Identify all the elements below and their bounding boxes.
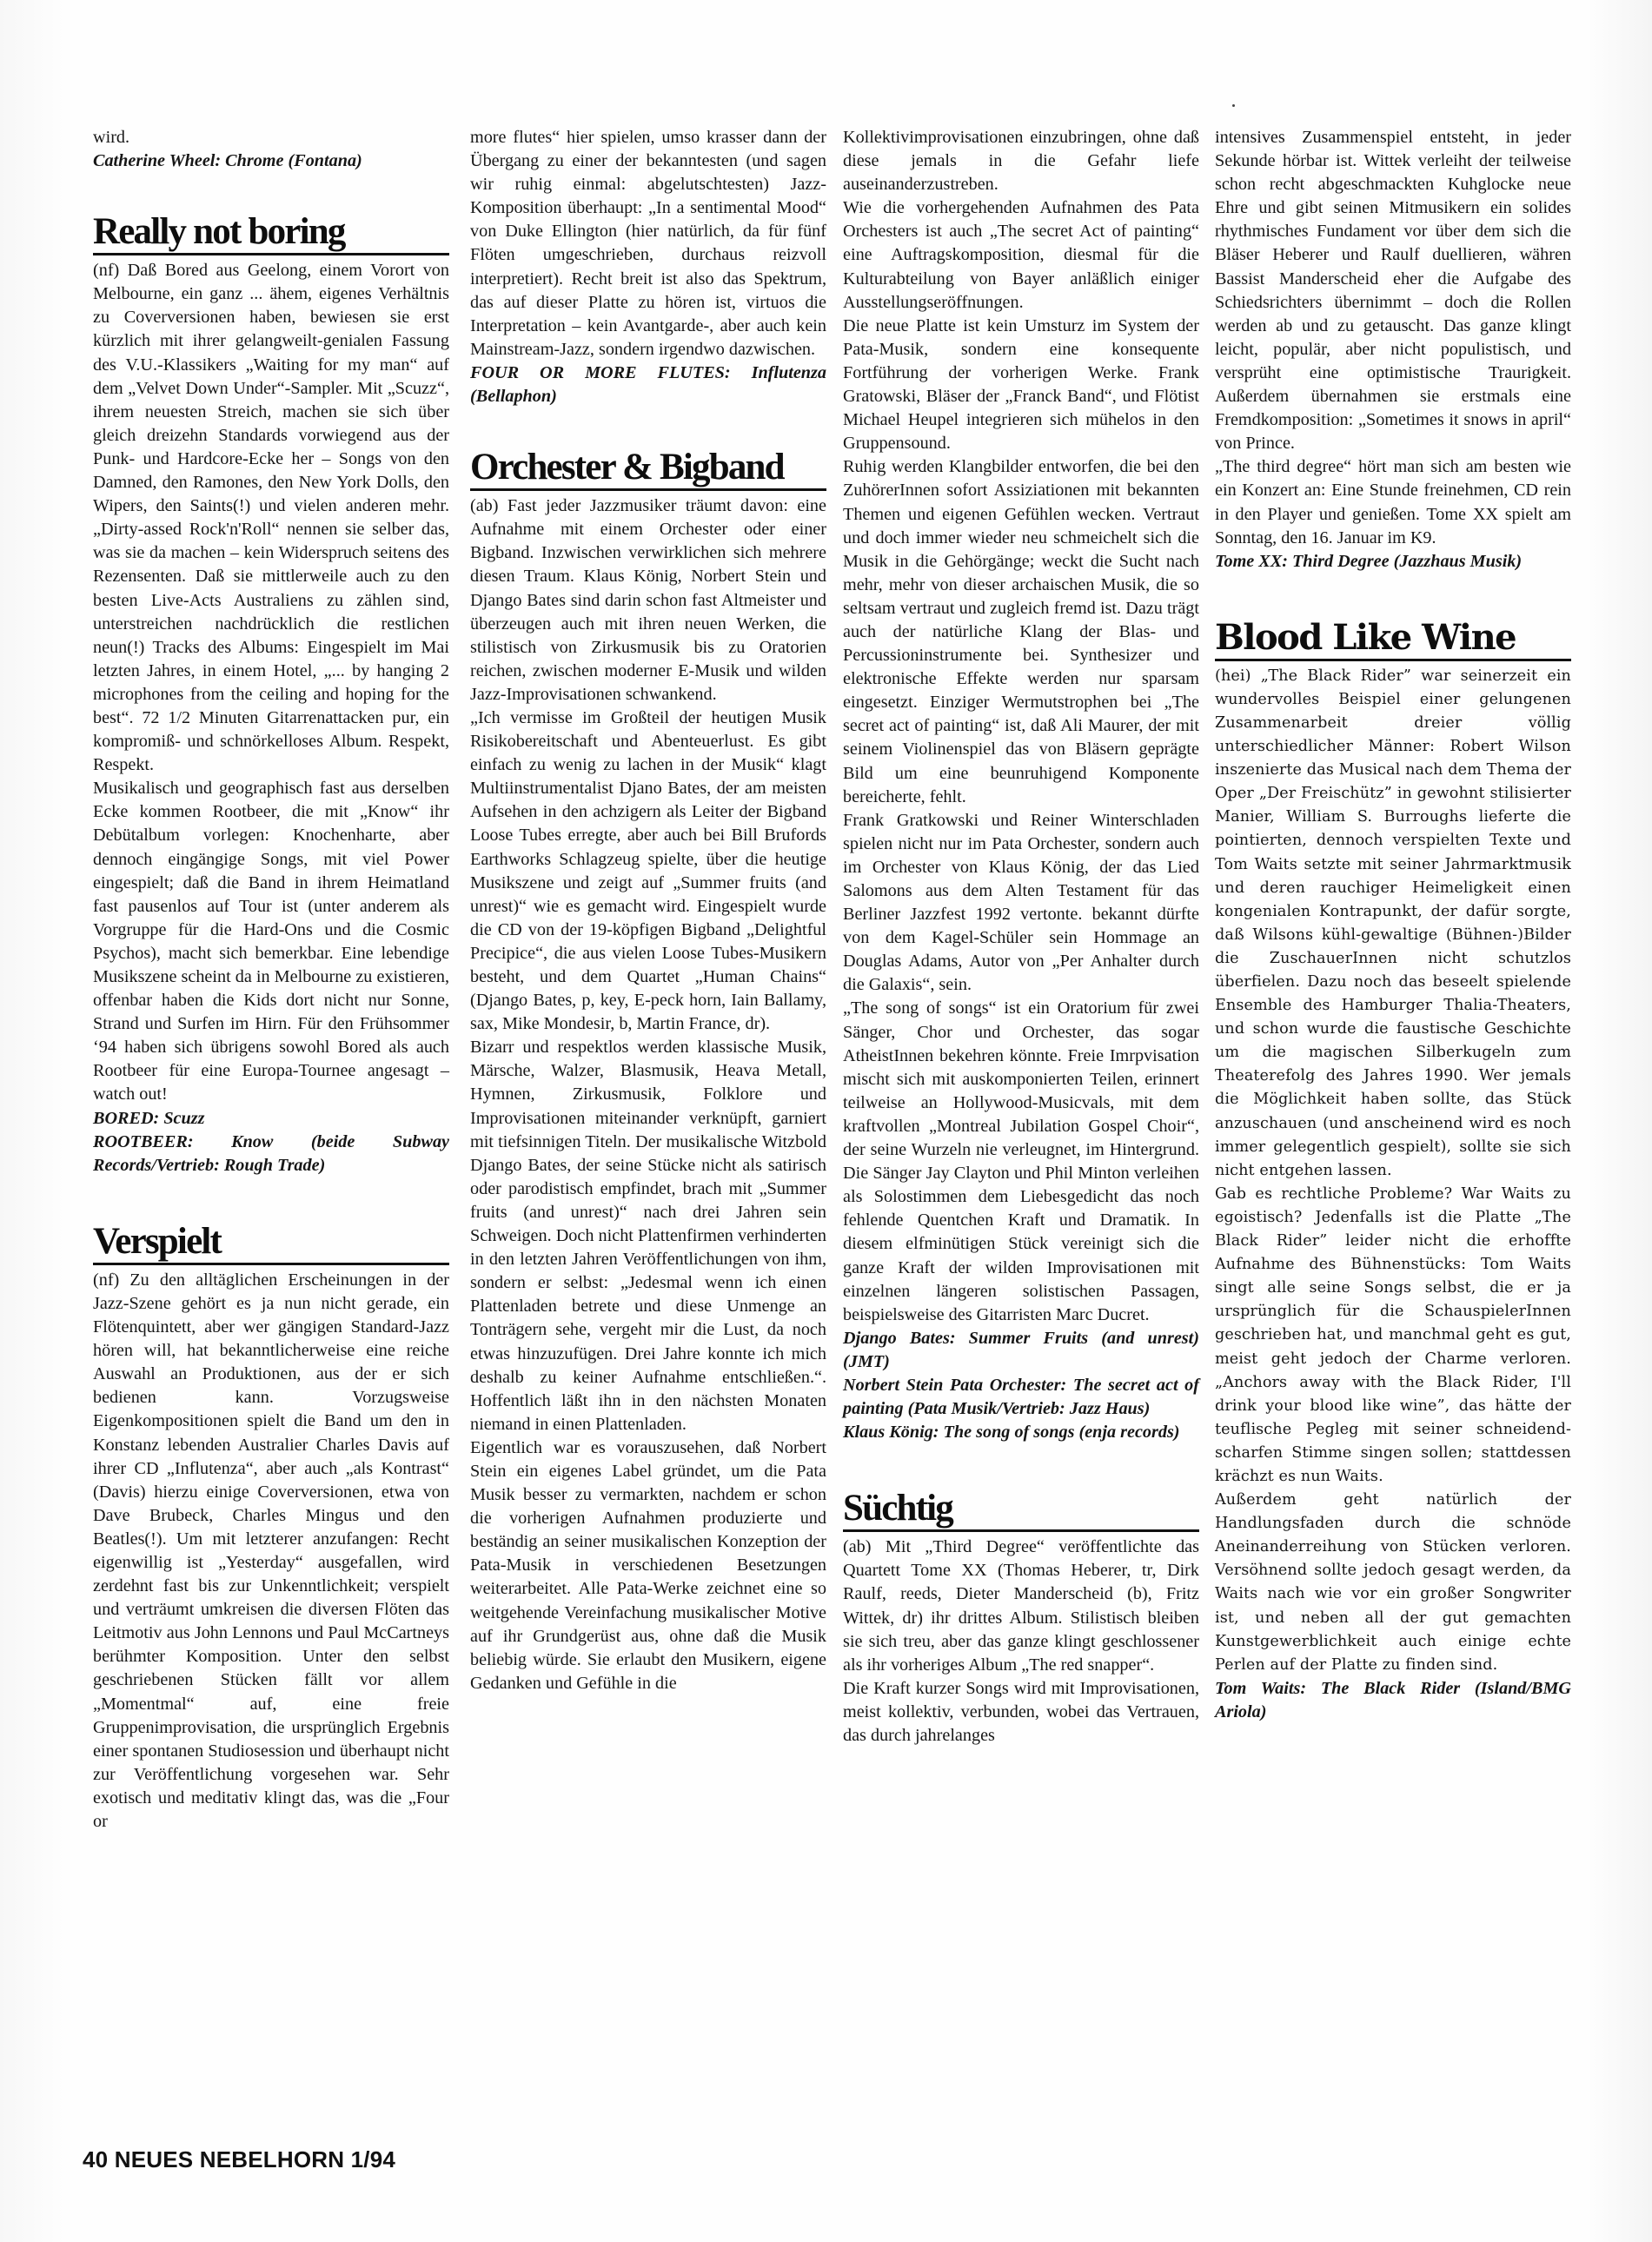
article-paragraph: Die neue Platte ist kein Umsturz im Syst… [843, 315, 1199, 456]
article-paragraph: Frank Gratkowski und Reiner Winterschlad… [843, 809, 1199, 998]
album-credit: Django Bates: Summer Fruits (and unrest)… [843, 1327, 1199, 1374]
spacer [470, 408, 826, 443]
article-paragraph: Wie die vorhergehenden Aufnahmen des Pat… [843, 196, 1199, 314]
page-footer: 40 NEUES NEBELHORN 1/94 [83, 2146, 395, 2173]
album-credit: Klaus König: The song of songs (enja rec… [843, 1421, 1199, 1444]
continued-text: more flutes“ hier spielen, umso krasser … [470, 126, 826, 362]
article-paragraph: Musikalisch und geographisch fast aus de… [93, 777, 449, 1106]
album-credit: ROOTBEER: Know (beide Subway Records/Ver… [93, 1131, 449, 1177]
album-credit: Tome XX: Third Degree (Jazzhaus Musik) [1215, 550, 1571, 574]
article-paragraph: Außerdem geht natürlich der Handlungsfad… [1215, 1489, 1571, 1677]
article-paragraph: Ruhig werden Klangbilder entworfen, die … [843, 455, 1199, 808]
article-body-blood-like-wine: (hei) „The Black Rider” war seinerzeit e… [1215, 665, 1571, 1677]
article-paragraph: „The song of songs“ ist ein Oratorium fü… [843, 997, 1199, 1326]
magazine-page: wird. Catherine Wheel: Chrome (Fontana) … [0, 0, 1652, 2242]
album-credit: BORED: Scuzz [93, 1107, 449, 1131]
article-paragraph: Gab es rechtliche Probleme? War Waits zu… [1215, 1183, 1571, 1489]
article-paragraph: (nf) Zu den alltäglichen Erscheinungen i… [93, 1269, 449, 1834]
article-paragraph: (hei) „The Black Rider” war seinerzeit e… [1215, 665, 1571, 1183]
column-2: more flutes“ hier spielen, umso krasser … [470, 126, 826, 1695]
article-paragraph: intensives Zusammenspiel entsteht, in je… [1215, 126, 1571, 455]
article-paragraph: (ab) Fast jeder Jazzmusiker träumt davon… [470, 494, 826, 706]
article-paragraph: (ab) Mit „Third Degree“ veröffentlichte … [843, 1536, 1199, 1677]
spacer [93, 173, 449, 208]
spacer [843, 1444, 1199, 1484]
article-paragraph: Kollektivimprovisationen einzubringen, o… [843, 126, 1199, 196]
article-paragraph: Eigentlich war es vorauszusehen, daß Nor… [470, 1436, 826, 1695]
article-paragraph: (nf) Daß Bored aus Geelong, einem Vorort… [93, 259, 449, 777]
article-heading-orchester-bigband: Orchester & Bigband [470, 443, 826, 491]
article-paragraph: Die Kraft kurzer Songs wird mit Improvis… [843, 1677, 1199, 1748]
article-heading-blood-like-wine: Blood Like Wine [1215, 614, 1571, 661]
article-paragraph: Bizarr und respektlos werden klassische … [470, 1036, 826, 1436]
album-credit: Catherine Wheel: Chrome (Fontana) [93, 149, 449, 173]
album-credit: FOUR OR MORE FLUTES: Influtenza (Bellaph… [470, 362, 826, 408]
spacer [1215, 574, 1571, 614]
album-credit: Tom Waits: The Black Rider (Island/BMG A… [1215, 1677, 1571, 1724]
column-4: intensives Zusammenspiel entsteht, in je… [1215, 126, 1571, 1724]
article-paragraph: „Ich vermisse im Großteil der heutigen M… [470, 706, 826, 1036]
spacer [93, 1177, 449, 1217]
article-heading-really-not-boring: Really not boring [93, 208, 449, 255]
article-paragraph: „The third degree“ hört man sich am best… [1215, 455, 1571, 549]
article-heading-verspielt: Verspielt [93, 1217, 449, 1265]
continued-text: wird. [93, 126, 449, 149]
column-3: Kollektivimprovisationen einzubringen, o… [843, 126, 1199, 1748]
column-1: wird. Catherine Wheel: Chrome (Fontana) … [93, 126, 449, 1834]
album-credit: Norbert Stein Pata Orchester: The secret… [843, 1374, 1199, 1421]
article-heading-suechtig: Süchtig [843, 1484, 1199, 1532]
print-speck [1232, 104, 1235, 107]
